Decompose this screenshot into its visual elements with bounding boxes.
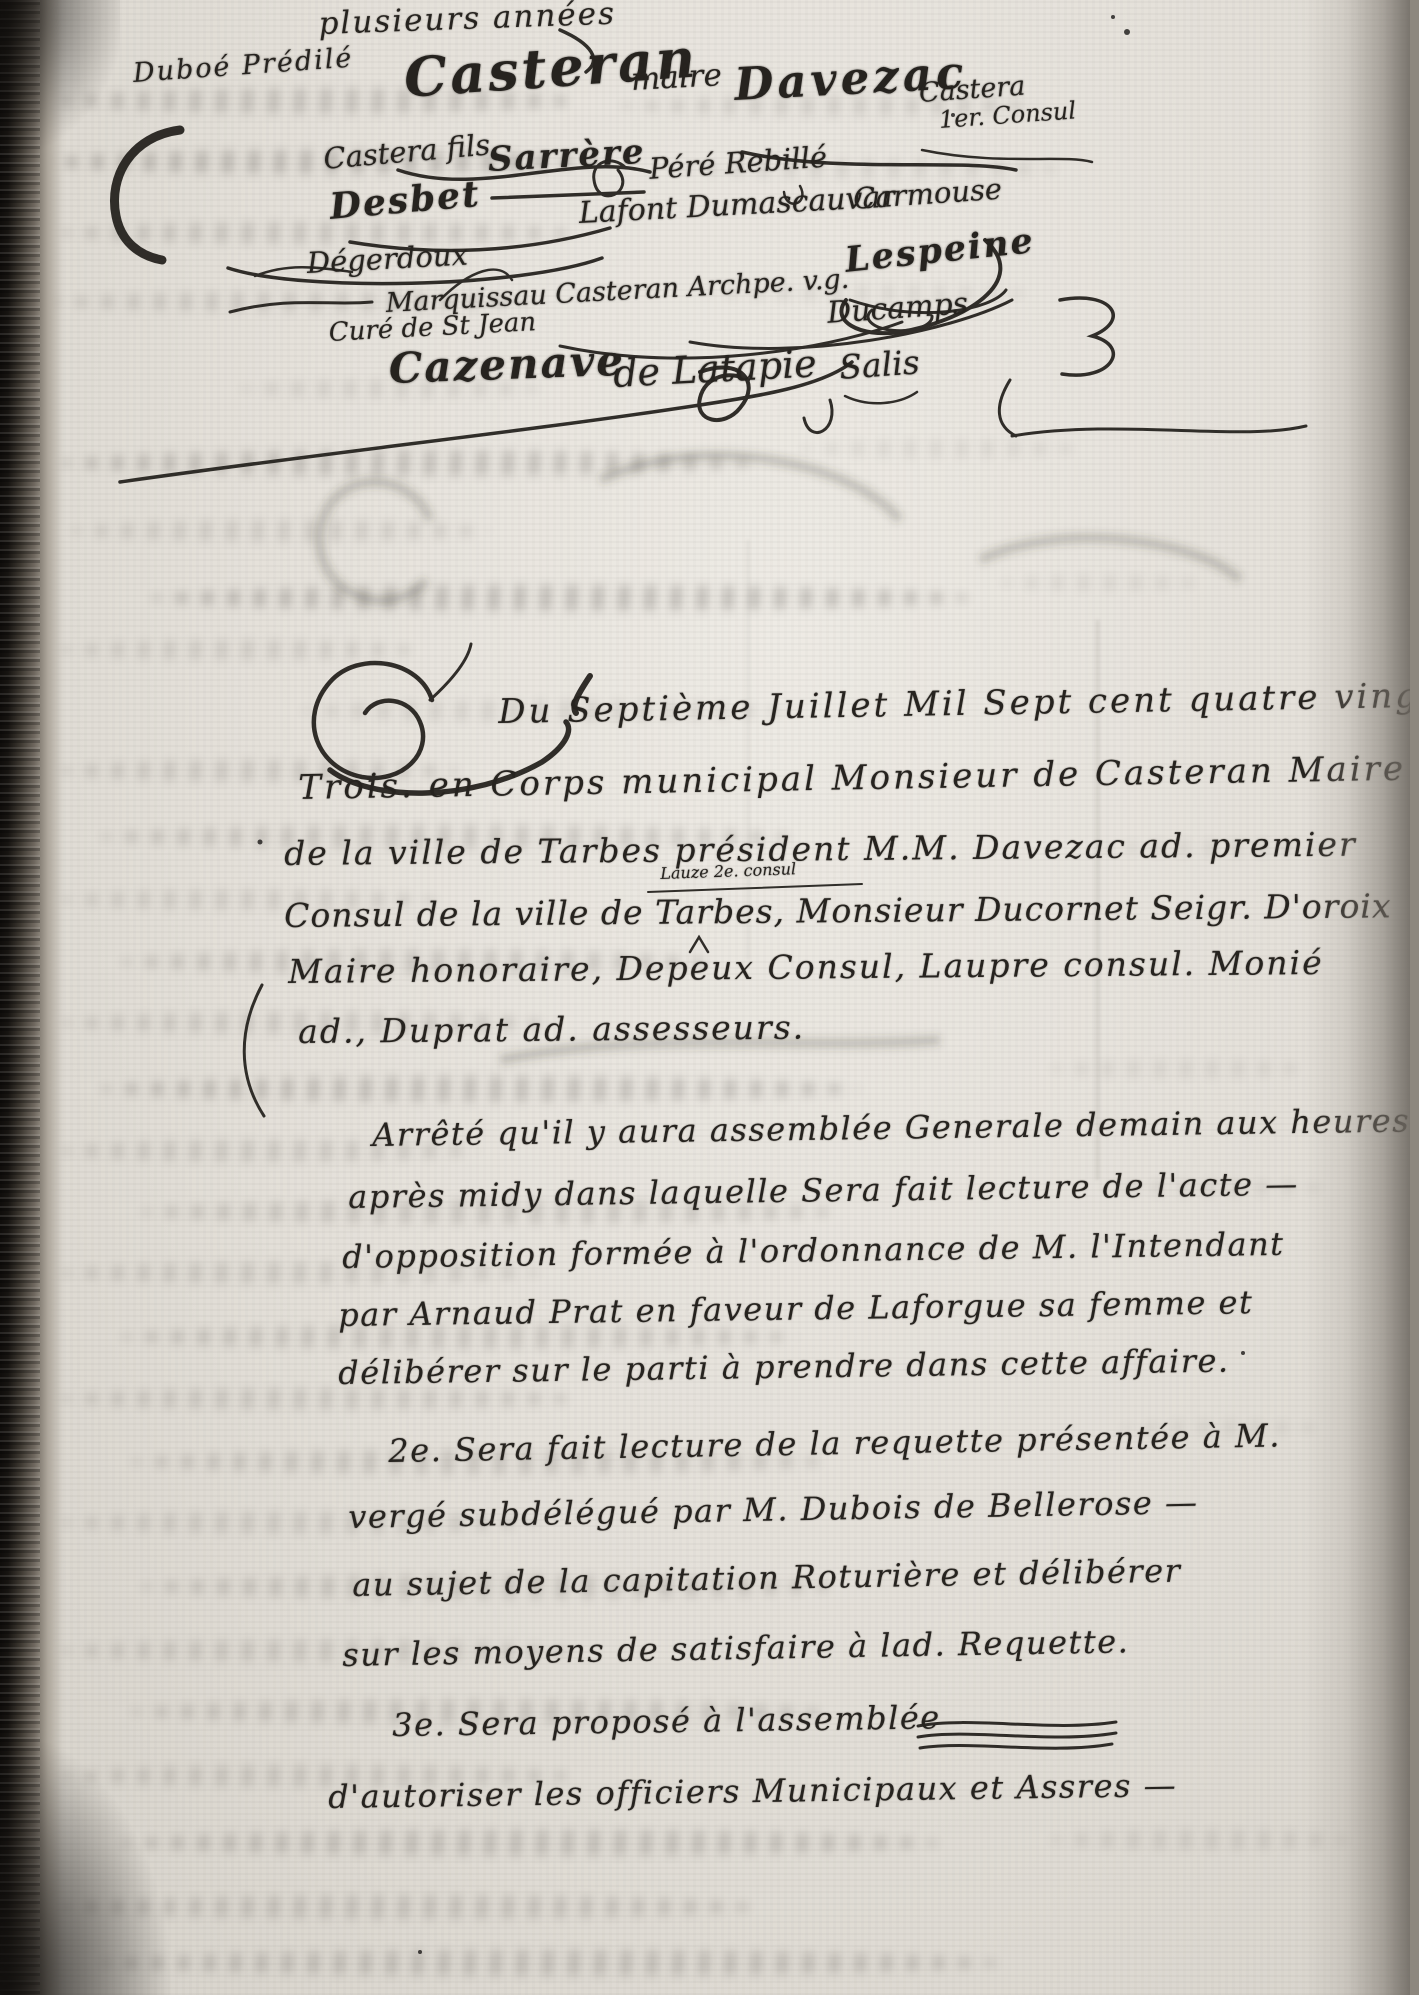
body-line: Consul de la ville de Tarbes, Monsieur D… — [284, 886, 1392, 935]
body-line: Arrêté qu'il y aura assemblée Generale d… — [372, 1102, 1410, 1154]
signature-carmouse: Carmouse — [852, 172, 1003, 216]
body-line: d'opposition formée à l'ordonnance de M.… — [342, 1225, 1285, 1276]
body-line: d'autoriser les officiers Municipaux et … — [328, 1766, 1177, 1816]
signature-degerdoux: Dégerdoux — [306, 238, 469, 280]
signature-desbet: Desbet — [328, 173, 482, 228]
body-line: 2e. Sera fait lecture de la requette pré… — [388, 1416, 1281, 1470]
body-line: délibérer sur le parti à prendre dans ce… — [338, 1342, 1230, 1392]
body-line: Trois. en Corps municipal Monsieur de Ca… — [298, 749, 1406, 808]
body-line: au sujet de la capitation Roturière et d… — [352, 1552, 1182, 1604]
body-line: 3e. Sera proposé à l'assemblée — [392, 1698, 941, 1744]
bleed-band — [60, 640, 420, 660]
bleed-band — [1000, 575, 1200, 591]
margin-page-number: 114 — [0, 1224, 23, 1264]
signature-sarrere: Sarrère — [487, 132, 646, 180]
page-edge-shadow — [1304, 0, 1419, 1995]
bleed-band — [1050, 1060, 1310, 1078]
body-line: sur les moyens de satisfaire à lad. Requ… — [342, 1622, 1130, 1674]
binding-corner-shadow — [0, 1735, 170, 1995]
bleed-band — [70, 520, 490, 542]
bleed-band — [60, 222, 580, 244]
bleed-band — [60, 450, 760, 476]
struck-out-text — [918, 1722, 1116, 1748]
signature-title-maire: maire — [630, 57, 723, 98]
signature-cazenave: Cazenave — [388, 336, 626, 393]
binding-edge — [0, 0, 64, 1995]
bleed-band — [800, 440, 1080, 458]
body-line: par Arnaud Prat en faveur de Laforgue sa… — [338, 1283, 1254, 1334]
manuscript-scan: plusieurs années Duboé Prédilé Casteran … — [0, 0, 1419, 1995]
interline-insertion: Lauze 2e. consul — [660, 859, 796, 883]
body-line: vergé subdélégué par M. Dubois de Beller… — [348, 1483, 1199, 1536]
body-line: après midy dans laquelle Sera fait lectu… — [348, 1165, 1299, 1216]
bleed-band — [120, 1830, 940, 1856]
body-line: de la ville de Tarbes président M.M. Dav… — [284, 825, 1357, 873]
bleed-band — [150, 585, 970, 611]
bleed-band — [60, 1895, 760, 1919]
signature-pere-rebille: Péré Rebillé — [648, 140, 828, 186]
signature-salis: Salis — [838, 342, 921, 387]
signature-lespeine: Lespeine — [843, 220, 1037, 281]
body-line: Du Septième Juillet Mil Sept cent quatre… — [498, 676, 1419, 732]
bleed-band — [100, 1950, 1000, 1976]
signature-duboe: Duboé Prédilé — [132, 43, 354, 89]
bleed-band — [100, 1076, 860, 1102]
bleed-band — [60, 1388, 580, 1410]
signature-lafont: Lafont Dumascauvar — [578, 179, 896, 230]
body-line: Maire honoraire, Depeux Consul, Laupre c… — [288, 943, 1324, 991]
body-line: ad., Duprat ad. assesseurs. — [298, 1008, 805, 1051]
binding-corner-shadow-top — [0, 0, 120, 150]
bleed-band — [1050, 1830, 1350, 1850]
signature-latapie: de Latapie — [612, 341, 818, 396]
signature-castera-fils: Castera fils — [322, 127, 491, 175]
